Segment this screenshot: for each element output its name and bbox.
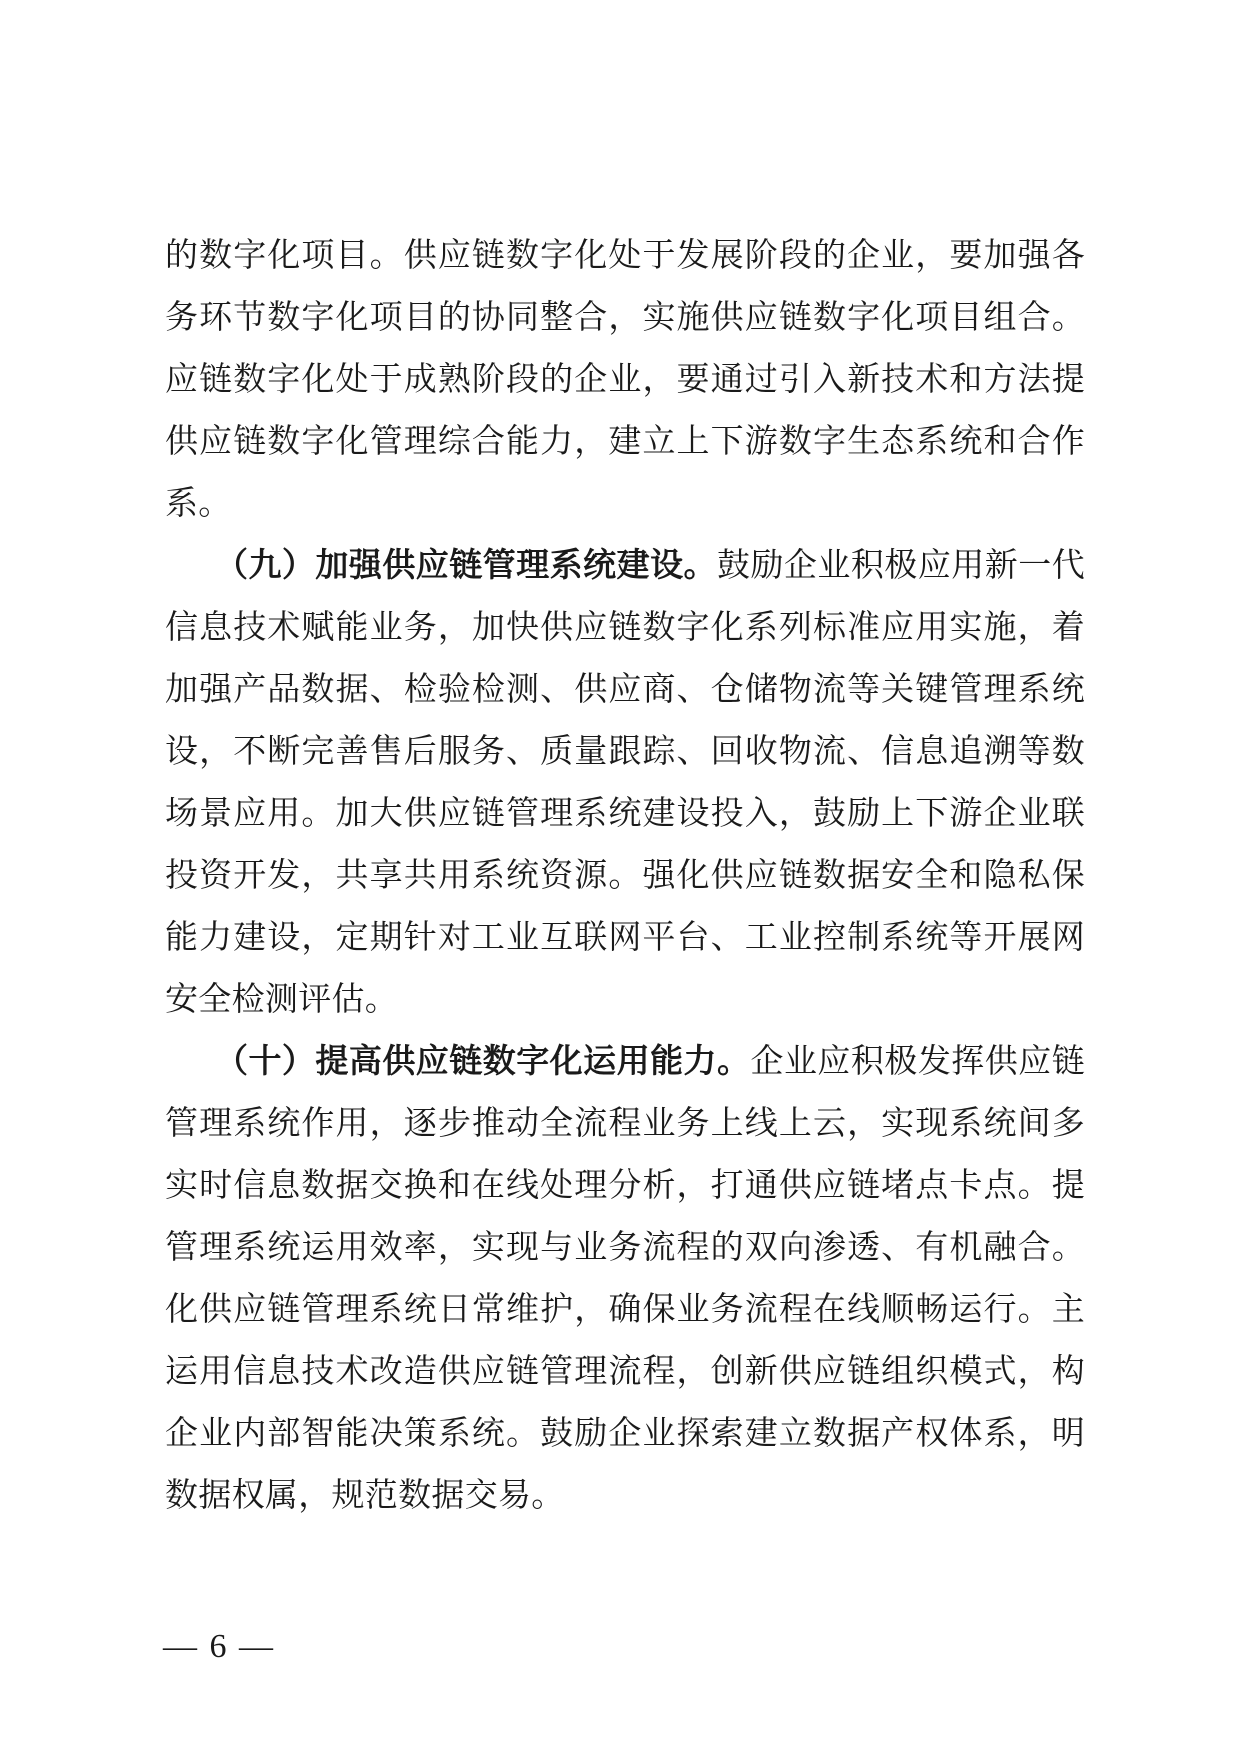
text-line: 务环节数字化项目的协同整合，实施供应链数字化项目组合。供 bbox=[165, 287, 1085, 349]
text-run: 场景应用。加大供应链管理系统建设投入，鼓励上下游企业联合 bbox=[165, 796, 1085, 845]
text-run: 数据权属，规范数据交易。 bbox=[165, 1478, 565, 1514]
text-line: 设，不断完善售后服务、质量跟踪、回收物流、信息追溯等数字 bbox=[165, 721, 1085, 783]
text-line: 运用信息技术改造供应链管理流程，创新供应链组织模式，构建 bbox=[165, 1341, 1085, 1403]
text-line: 化供应链管理系统日常维护，确保业务流程在线顺畅运行。主动 bbox=[165, 1279, 1085, 1341]
text-line: 管理系统运用效率，实现与业务流程的双向渗透、有机融合。强 bbox=[165, 1217, 1085, 1279]
text-line: 安全检测评估。 bbox=[165, 969, 1085, 1031]
text-run: 投资开发，共享共用系统资源。强化供应链数据安全和隐私保护 bbox=[165, 858, 1085, 907]
text-line: 投资开发，共享共用系统资源。强化供应链数据安全和隐私保护 bbox=[165, 845, 1085, 907]
text-run: 管理系统运用效率，实现与业务流程的双向渗透、有机融合。强 bbox=[165, 1230, 1085, 1279]
text-run: 系。 bbox=[165, 486, 232, 522]
page-number: — 6 — bbox=[163, 1628, 275, 1666]
text-line: 数据权属，规范数据交易。 bbox=[165, 1465, 1085, 1527]
text-run: 设，不断完善售后服务、质量跟踪、回收物流、信息追溯等数字 bbox=[165, 734, 1085, 783]
text-block: 的数字化项目。供应链数字化处于发展阶段的企业，要加强各业务环节数字化项目的协同整… bbox=[165, 225, 1085, 1527]
text-line: （九）加强供应链管理系统建设。鼓励企业积极应用新一代 bbox=[165, 535, 1085, 597]
text-run: 管理系统作用，逐步推动全流程业务上线上云，实现系统间多源 bbox=[165, 1106, 1085, 1155]
text-line: 系。 bbox=[165, 473, 1085, 535]
text-line: （十）提高供应链数字化运用能力。企业应积极发挥供应链 bbox=[165, 1031, 1085, 1093]
text-run: 应链数字化处于成熟阶段的企业，要通过引入新技术和方法提升 bbox=[165, 362, 1085, 411]
text-run: 企业内部智能决策系统。鼓励企业探索建立数据产权体系，明确 bbox=[165, 1416, 1085, 1465]
text-line: 的数字化项目。供应链数字化处于发展阶段的企业，要加强各业 bbox=[165, 225, 1085, 287]
text-line: 能力建设，定期针对工业互联网平台、工业控制系统等开展网络 bbox=[165, 907, 1085, 969]
text-line: 加强产品数据、检验检测、供应商、仓储物流等关键管理系统建 bbox=[165, 659, 1085, 721]
text-run: 供应链数字化管理综合能力，建立上下游数字生态系统和合作关 bbox=[165, 424, 1085, 473]
section-heading: （十）提高供应链数字化运用能力。 bbox=[215, 1044, 750, 1080]
text-line: 供应链数字化管理综合能力，建立上下游数字生态系统和合作关 bbox=[165, 411, 1085, 473]
text-run: 能力建设，定期针对工业互联网平台、工业控制系统等开展网络 bbox=[165, 920, 1085, 969]
text-run: 务环节数字化项目的协同整合，实施供应链数字化项目组合。供 bbox=[165, 300, 1085, 349]
text-line: 信息技术赋能业务，加快供应链数字化系列标准应用实施，着力 bbox=[165, 597, 1085, 659]
text-run: 实时信息数据交换和在线处理分析，打通供应链堵点卡点。提高 bbox=[165, 1168, 1085, 1217]
document-page: 的数字化项目。供应链数字化处于发展阶段的企业，要加强各业务环节数字化项目的协同整… bbox=[0, 0, 1240, 1753]
section-heading: （九）加强供应链管理系统建设。 bbox=[215, 548, 717, 584]
text-line: 场景应用。加大供应链管理系统建设投入，鼓励上下游企业联合 bbox=[165, 783, 1085, 845]
text-line: 实时信息数据交换和在线处理分析，打通供应链堵点卡点。提高 bbox=[165, 1155, 1085, 1217]
text-run: 化供应链管理系统日常维护，确保业务流程在线顺畅运行。主动 bbox=[165, 1292, 1085, 1341]
text-run: 的数字化项目。供应链数字化处于发展阶段的企业，要加强各业 bbox=[165, 238, 1085, 287]
text-run: 加强产品数据、检验检测、供应商、仓储物流等关键管理系统建 bbox=[165, 672, 1085, 721]
text-line: 企业内部智能决策系统。鼓励企业探索建立数据产权体系，明确 bbox=[165, 1403, 1085, 1465]
text-run: 企业应积极发挥供应链 bbox=[750, 1044, 1085, 1080]
text-run: 安全检测评估。 bbox=[165, 982, 398, 1018]
text-run: 信息技术赋能业务，加快供应链数字化系列标准应用实施，着力 bbox=[165, 610, 1085, 659]
text-run: 运用信息技术改造供应链管理流程，创新供应链组织模式，构建 bbox=[165, 1354, 1085, 1403]
text-line: 管理系统作用，逐步推动全流程业务上线上云，实现系统间多源 bbox=[165, 1093, 1085, 1155]
text-run: 鼓励企业积极应用新一代 bbox=[717, 548, 1085, 584]
text-line: 应链数字化处于成熟阶段的企业，要通过引入新技术和方法提升 bbox=[165, 349, 1085, 411]
